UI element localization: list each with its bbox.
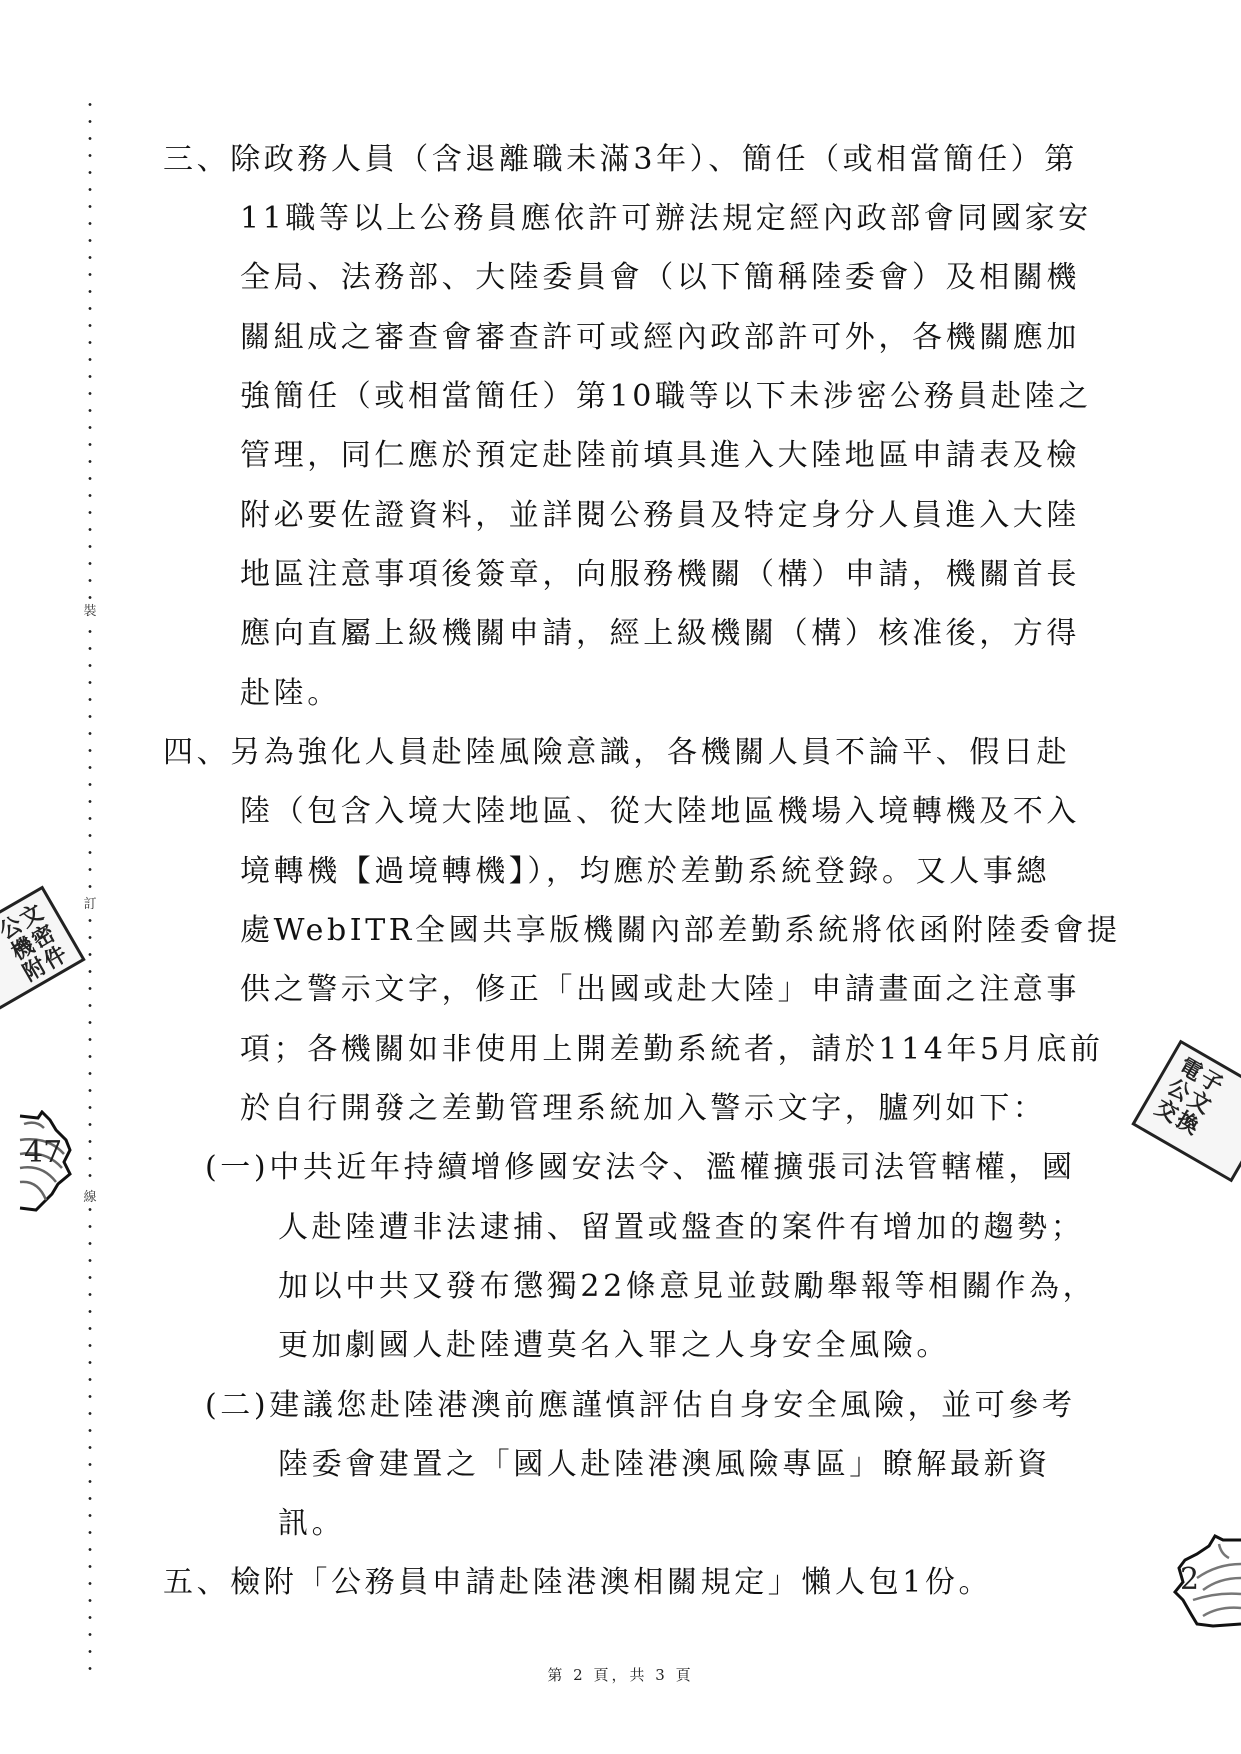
section-4-item-1-line: 人赴陸遭非法逮捕、留置或盤查的案件有增加的趨勢； xyxy=(278,1208,1084,1248)
left-stamp-text: 公文機密附件 xyxy=(0,898,75,985)
section-3-line: 赴陸。 xyxy=(240,674,341,714)
section-4-line: 處WebITR全國共享版機關內部差勤系統將依函附陸委會提 xyxy=(240,911,1121,951)
section-4-item-2-line: 訊。 xyxy=(278,1504,345,1544)
section-4-item-1-line: (一)中共近年持續增修國安法令、濫權擴張司法管轄權，國 xyxy=(205,1148,1076,1188)
section-3-line: 附必要佐證資料，並詳閱公務員及特定身分人員進入大陸 xyxy=(240,496,1080,536)
section-3-line: 關組成之審查會審查許可或經內政部許可外，各機關應加 xyxy=(240,318,1080,358)
section-3-line: 地區注意事項後簽章，向服務機關（構）申請，機關首長 xyxy=(240,555,1080,595)
section-4-item-1-line: 更加劇國人赴陸遭莫名入罪之人身安全風險。 xyxy=(278,1326,950,1366)
right-stamp-text: 電子公文交換 xyxy=(1151,1054,1239,1146)
section-3-line: 全局、法務部、大陸委員會（以下簡稱陸委會）及相關機 xyxy=(240,258,1080,298)
page-number-footer: 第 2 頁，共 3 頁 xyxy=(0,1664,1241,1685)
section-4-line: 境轉機【過境轉機】），均應於差勤系統登錄。又人事總 xyxy=(240,852,1050,892)
section-4-item-1-line: 加以中共又發布懲獨22條意見並鼓勵舉報等相關作為， xyxy=(278,1267,1096,1307)
right-seal-number: 2 xyxy=(1180,1562,1199,1597)
section-3-line: 三、除政務人員（含退離職未滿3年）、簡任（或相當簡任）第 xyxy=(163,140,1078,180)
left-seal-number: 47 xyxy=(24,1135,62,1170)
binding-char-ding: 訂 xyxy=(82,897,98,913)
left-stamp-icon: 公文機密附件 xyxy=(0,886,86,1011)
document-page: 裝 訂 線 公文機密附件 47 電子公文交換 2 三、除政務人員（含退離職未滿3… xyxy=(0,0,1241,1754)
section-4-item-2-line: 陸委會建置之「國人赴陸港澳風險專區」瞭解最新資 xyxy=(278,1445,1051,1485)
section-3-line: 11職等以上公務員應依許可辦法規定經內政部會同國家安 xyxy=(240,199,1092,239)
section-5-line: 五、檢附「公務員申請赴陸港澳相關規定」懶人包1份。 xyxy=(163,1563,992,1603)
section-3-line: 應向直屬上級機關申請，經上級機關（構）核准後，方得 xyxy=(240,614,1080,654)
binding-char-xian: 線 xyxy=(82,1190,98,1206)
section-4-line: 陸（包含入境大陸地區、從大陸地區機場入境轉機及不入 xyxy=(240,792,1080,832)
section-4-line: 項；各機關如非使用上開差勤系統者，請於114年5月底前 xyxy=(240,1030,1104,1070)
section-4-line: 於自行開發之差勤管理系統加入警示文字，臚列如下： xyxy=(240,1089,1046,1129)
section-3-line: 管理，同仁應於預定赴陸前填具進入大陸地區申請表及檢 xyxy=(240,436,1080,476)
section-4-line: 四、另為強化人員赴陸風險意識，各機關人員不論平、假日赴 xyxy=(163,733,1070,773)
binding-char-zhuang: 裝 xyxy=(82,604,98,620)
section-4-item-2-line: (二)建議您赴陸港澳前應謹慎評估自身安全風險，並可參考 xyxy=(205,1386,1076,1426)
binding-dotted-line xyxy=(88,96,92,1670)
section-4-line: 供之警示文字，修正「出國或赴大陸」申請畫面之注意事 xyxy=(240,970,1080,1010)
right-stamp-icon: 電子公文交換 xyxy=(1131,1040,1241,1183)
section-3-line: 強簡任（或相當簡任）第10職等以下未涉密公務員赴陸之 xyxy=(240,377,1092,417)
